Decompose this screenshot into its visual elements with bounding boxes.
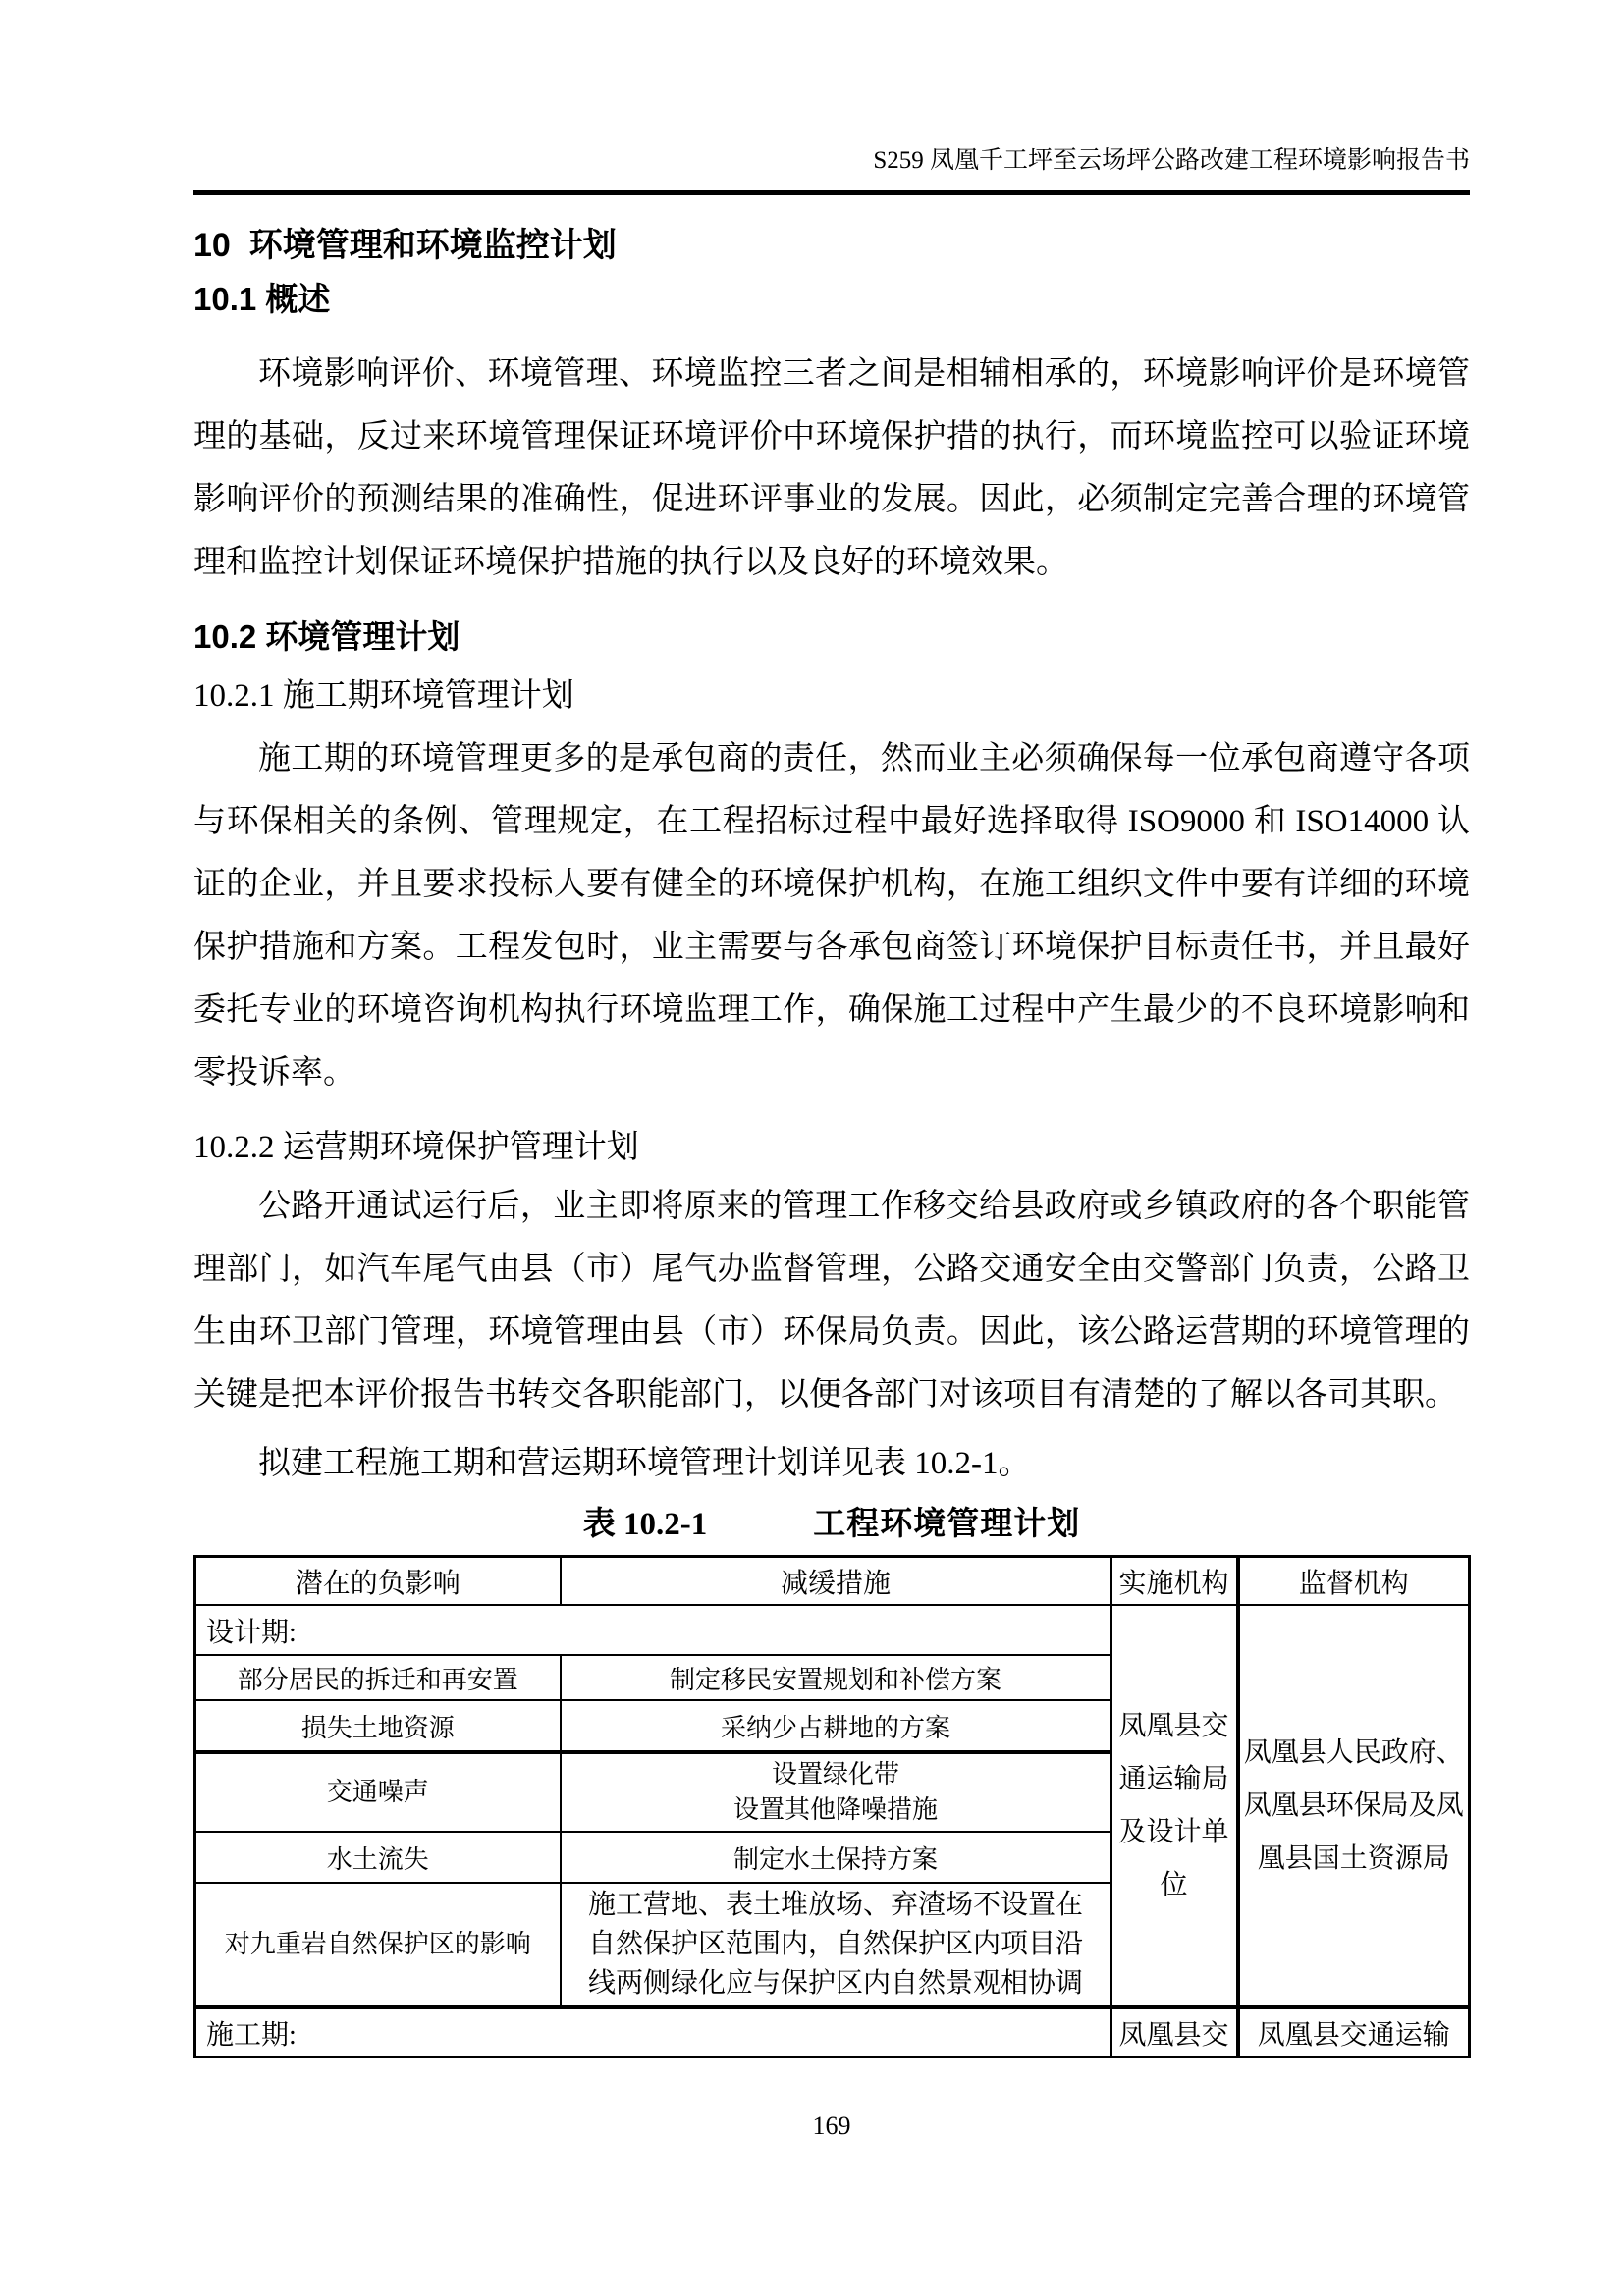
impact-cell: 损失土地资源 [195, 1700, 561, 1752]
table-header-row: 潜在的负影响 减缓措施 实施机构 监督机构 [195, 1557, 1470, 1606]
table-caption-title: 工程环境管理计划 [813, 1503, 1080, 1544]
construction-phase-supervisor-cell: 凤凰县交通运输 [1238, 2007, 1470, 2057]
heading-10-2-2: 10.2.2 运营期环境保护管理计划 [193, 1128, 1470, 1167]
measure-cell: 设置绿化带 设置其他降噪措施 [561, 1752, 1111, 1832]
design-phase-label-row: 设计期: 凤凰县交通运输局及设计单位 凤凰县人民政府、凤凰县环保局及凤凰县国土资… [195, 1605, 1470, 1655]
column-header-supervisor: 监督机构 [1238, 1557, 1470, 1606]
table-caption: 表 10.2-1 工程环境管理计划 [193, 1503, 1470, 1545]
design-phase-supervisor-cell: 凤凰县人民政府、凤凰县环保局及凤凰县国土资源局 [1238, 1605, 1470, 2007]
heading-10-2-1: 10.2.1 施工期环境管理计划 [193, 676, 1470, 716]
impact-cell: 交通噪声 [195, 1752, 561, 1832]
column-header-measure: 减缓措施 [561, 1557, 1111, 1606]
heading-10-2: 10.2 环境管理计划 [193, 617, 1470, 657]
heading-10-1: 10.1 概述 [193, 280, 1470, 319]
column-header-impact: 潜在的负影响 [195, 1557, 561, 1606]
measure-cell: 采纳少占耕地的方案 [561, 1700, 1111, 1752]
impact-cell: 水土流失 [195, 1832, 561, 1883]
impact-cell: 部分居民的拆迁和再安置 [195, 1655, 561, 1700]
document-page: S259 凤凰千工坪至云场坪公路改建工程环境影响报告书 10 环境管理和环境监控… [0, 0, 1624, 2296]
paragraph-construction-management: 施工期的环境管理更多的是承包商的责任，然而业主必须确保每一位承包商遵守各项与环保… [193, 727, 1470, 1104]
design-phase-label-cell: 设计期: [195, 1605, 1111, 1655]
impact-cell: 对九重岩自然保护区的影响 [195, 1883, 561, 2007]
measure-cell: 制定移民安置规划和补偿方案 [561, 1655, 1111, 1700]
running-header-title: S259 凤凰千工坪至云场坪公路改建工程环境影响报告书 [193, 0, 1470, 179]
construction-phase-implementer-cell: 凤凰县交 [1111, 2007, 1238, 2057]
paragraph-table-reference: 拟建工程施工期和营运期环境管理计划详见表 10.2-1。 [193, 1432, 1470, 1495]
design-phase-implementer-cell: 凤凰县交通运输局及设计单位 [1111, 1605, 1238, 2007]
paragraph-operation-management: 公路开通试运行后，业主即将原来的管理工作移交给县政府或乡镇政府的各个职能管理部门… [193, 1175, 1470, 1426]
measure-cell: 施工营地、表土堆放场、弃渣场不设置在 自然保护区范围内，自然保护区内项目沿 线两… [561, 1883, 1111, 2007]
construction-phase-row: 施工期: 凤凰县交 凤凰县交通运输 [195, 2007, 1470, 2057]
paragraph-overview: 环境影响评价、环境管理、环境监控三者之间是相辅相承的，环境影响评价是环境管理的基… [193, 343, 1470, 594]
environment-management-plan-table: 潜在的负影响 减缓措施 实施机构 监督机构 设计期: 凤凰县交通运输局及设计单位… [193, 1555, 1471, 2058]
construction-phase-label-cell: 施工期: [195, 2007, 1111, 2057]
page-number: 169 [193, 2109, 1470, 2143]
page-content: S259 凤凰千工坪至云场坪公路改建工程环境影响报告书 10 环境管理和环境监控… [193, 0, 1470, 2143]
header-rule [193, 190, 1470, 195]
column-header-implementer: 实施机构 [1111, 1557, 1238, 1606]
measure-cell: 制定水土保持方案 [561, 1832, 1111, 1883]
table-caption-label: 表 10.2-1 [583, 1504, 708, 1545]
heading-10: 10 环境管理和环境监控计划 [193, 225, 1470, 266]
